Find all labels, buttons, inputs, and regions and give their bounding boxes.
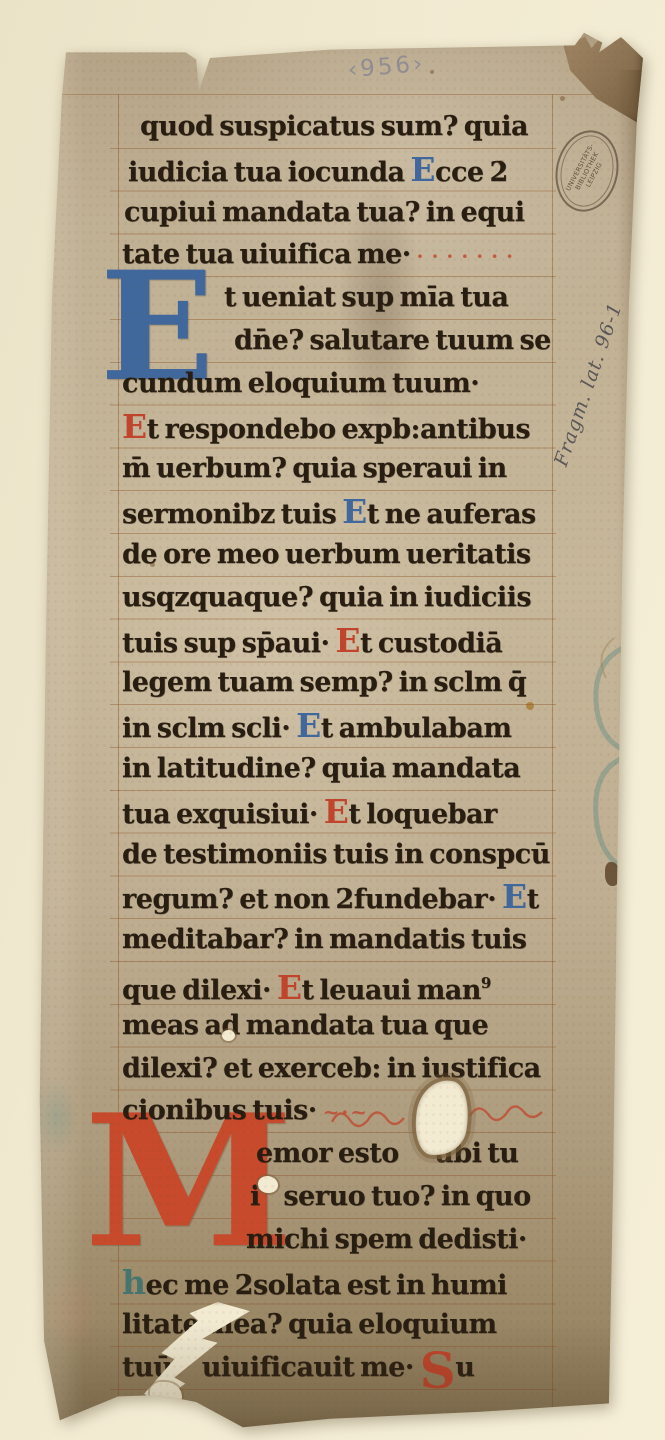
initial-or-rubric-segment: h: [122, 1263, 146, 1302]
text-segment: de testimoniis tuis in conspcū: [122, 839, 550, 870]
parchment-leaf: E M quod suspicatus sum? quiaiudicia tua…: [38, 30, 646, 1430]
parchment-fleck-hole: [222, 1030, 235, 1041]
initial-or-rubric-segment: E: [410, 150, 435, 189]
text-line: sermonibz tuis Et ne auferas: [122, 491, 592, 534]
text-segment: m̄ uerbum? quia speraui in: [122, 453, 507, 484]
text-segment: dn̄e? salutare tuum se: [234, 325, 551, 356]
text-segment: i seruo tuo? in quo: [250, 1181, 531, 1212]
text-segment: dilexi? et exerceb: in iustifica: [122, 1053, 541, 1084]
initial-or-rubric-segment: 9: [481, 974, 491, 992]
photograph-of-manuscript-fragment: E M quod suspicatus sum? quiaiudicia tua…: [0, 0, 665, 1440]
text-line: iudicia tua iocunda Ecce 2: [122, 149, 592, 192]
stamp-line: LEIPZIG: [585, 161, 604, 188]
text-segment: usqzquaque? quia in iudiciis: [122, 582, 531, 613]
initial-or-rubric-segment: E: [342, 492, 367, 531]
initial-or-rubric-segment: E: [335, 621, 360, 660]
initial-or-rubric-segment: E: [277, 968, 302, 1007]
text-segment: cupiui mandata tua? in equi: [124, 197, 524, 228]
text-segment: t ne auferas: [367, 499, 536, 530]
stamp-line: BIBLIOTHEK: [574, 151, 600, 191]
text-line: legem tuam semp? in sclm q̄: [122, 662, 592, 705]
text-segment: t ambulabam: [321, 713, 512, 744]
text-segment: t loquebar: [348, 799, 496, 830]
text-segment: t respondebo expb:antibus: [147, 414, 530, 445]
text-segment: cundum eloquium tuum·: [122, 368, 479, 399]
text-line: tate tua uiuifica me· · · · · · · ·: [122, 234, 592, 277]
ruling-top-line: [56, 94, 628, 95]
text-segment: t leuaui man: [301, 975, 480, 1006]
text-segment: iudicia tua iocunda: [128, 157, 410, 188]
text-segment: meditabar? in mandatis tuis: [122, 924, 526, 955]
parchment-hole-small: [258, 1176, 278, 1193]
text-line: michi spem dedisti·: [122, 1219, 592, 1262]
text-line: m̄ uerbum? quia speraui in: [122, 448, 592, 491]
text-segment: que dilexi·: [122, 975, 277, 1006]
text-line: de testimoniis tuis in conspcū: [122, 834, 592, 877]
text-line: i seruo tuo? in quo: [122, 1176, 592, 1219]
text-segment: t: [527, 884, 539, 915]
text-segment: meas ad mandata tua que: [122, 1010, 488, 1041]
bottom-edge-shading: [38, 1320, 646, 1430]
text-segment: sermonibz tuis: [122, 499, 342, 530]
teal-margin-doodle: [554, 636, 650, 906]
text-line: meditabar? in mandatis tuis: [122, 919, 592, 962]
right-edge-shading: [616, 70, 646, 1430]
spot: [560, 96, 565, 101]
text-segment: tua exquisiui·: [122, 799, 324, 830]
text-line: tuis sup sp̄aui· Et custodiā: [122, 620, 592, 663]
text-line: tua exquisiui· Et loquebar: [122, 791, 592, 834]
edge-notch: [605, 862, 620, 886]
parchment-wrap: E M quod suspicatus sum? quiaiudicia tua…: [0, 0, 665, 1440]
text-line: Et respondebo expb:antibus: [122, 406, 592, 449]
initial-or-rubric-segment: E: [324, 792, 349, 831]
initial-or-rubric-segment: E: [296, 706, 321, 745]
text-line: dn̄e? salutare tuum se: [122, 320, 592, 363]
text-line: de ore meo uerbum ueritatis: [122, 534, 592, 577]
text-line: in sclm scli· Et ambulabam: [122, 705, 592, 748]
text-segment: de ore meo uerbum ueritatis: [122, 539, 531, 570]
text-line: cupiui mandata tua? in equi: [122, 192, 592, 235]
initial-or-rubric-segment: E: [122, 407, 147, 446]
text-segment: t custodiā: [360, 628, 502, 659]
stamp-line: UNIVERSITÄTS-: [565, 142, 596, 192]
text-block: quod suspicatus sum? quiaiudicia tua ioc…: [122, 106, 592, 1390]
text-segment: ec me 2solata est in humi: [146, 1270, 507, 1301]
text-line: t ueniat sup mīa tua: [122, 277, 592, 320]
text-segment: in latitudine? quia mandata: [122, 753, 520, 784]
text-segment: cionibus tuis·: [122, 1095, 323, 1126]
text-segment: legem tuam semp? in sclm q̄: [122, 667, 526, 698]
text-line: usqzquaque? quia in iudiciis: [122, 577, 592, 620]
text-segment: tate tua uiuifica me·: [122, 239, 417, 270]
left-edge-highlight: [38, 30, 84, 1430]
text-segment: quod suspicatus sum? quia: [140, 111, 528, 142]
spot: [430, 70, 434, 74]
initial-or-rubric-segment: E: [502, 877, 527, 916]
text-line: quod suspicatus sum? quia: [122, 106, 592, 149]
text-segment: regum? et non 2fundebar·: [122, 884, 502, 915]
text-line: que dilexi· Et leuaui man9: [122, 962, 592, 1005]
initial-or-rubric-segment: · · · · · · ·: [417, 244, 516, 268]
text-segment: cce 2: [435, 157, 508, 188]
text-line: in latitudine? quia mandata: [122, 748, 592, 791]
text-segment: t ueniat sup mīa tua: [224, 282, 508, 313]
text-segment: michi spem dedisti·: [246, 1224, 527, 1255]
text-line: cundum eloquium tuum·: [122, 363, 592, 406]
text-line: hec me 2solata est in humi: [122, 1262, 592, 1305]
text-line: meas ad mandata tua que: [122, 1005, 592, 1048]
pencil-shelfmark-number: ‹956›: [347, 51, 426, 84]
text-segment: in sclm scli·: [122, 713, 296, 744]
text-line: regum? et non 2fundebar· Et: [122, 876, 592, 919]
text-segment: tuis sup sp̄aui·: [122, 628, 335, 659]
